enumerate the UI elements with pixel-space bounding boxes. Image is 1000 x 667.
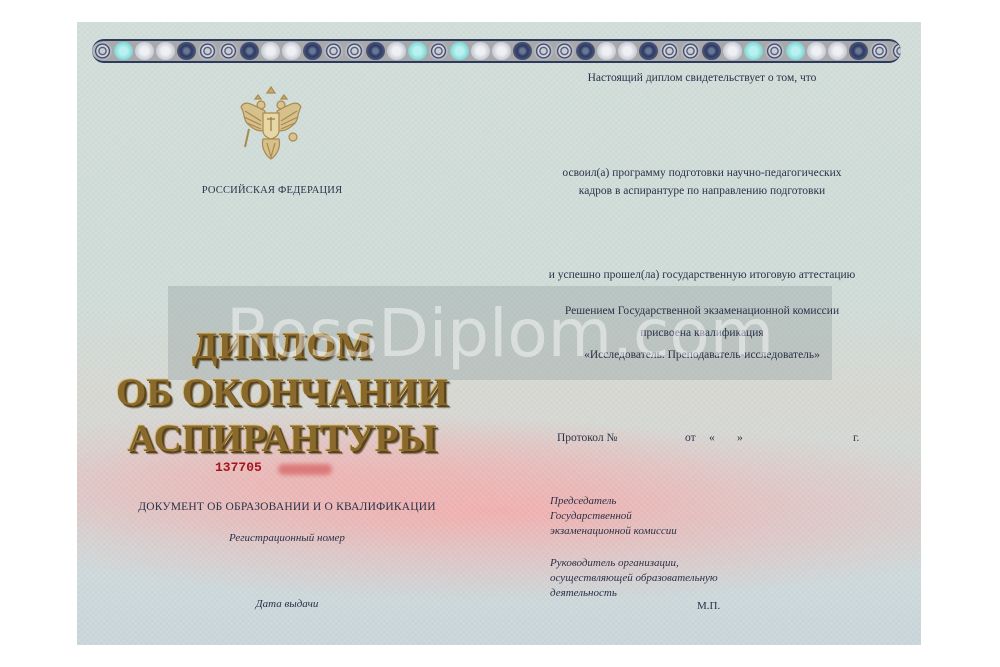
coat-of-arms-icon xyxy=(239,85,303,165)
seal-place: М.П. xyxy=(697,600,720,612)
ornament-cell xyxy=(723,42,742,60)
ornament-cell xyxy=(639,42,658,60)
ornament-cell xyxy=(408,42,427,60)
attestation-text: и успешно прошел(ла) государственную ито… xyxy=(517,269,887,281)
protocol-year-suffix: г. xyxy=(853,432,859,444)
diploma-document: Настоящий диплом свидетельствует о том, … xyxy=(77,22,921,645)
ornament-cell xyxy=(177,42,196,60)
head-line-1: Руководитель организации, xyxy=(550,556,718,571)
issue-date-label: Дата выдачи xyxy=(137,598,437,610)
ornament-cell xyxy=(198,42,217,60)
ornament-cell xyxy=(744,42,763,60)
ornament-cell xyxy=(450,42,469,60)
head-signature-block: Руководитель организации, осуществляющей… xyxy=(550,556,718,601)
ornament-cell xyxy=(114,42,133,60)
qualification: «Исследователь. Преподаватель-исследоват… xyxy=(517,344,887,366)
chairman-line-3: экзаменационной комиссии xyxy=(550,524,677,539)
program-text: освоил(а) программу подготовки научно-пе… xyxy=(537,164,867,200)
commission-decision: Решением Государственной экзаменационной… xyxy=(517,300,887,366)
protocol-from: от xyxy=(685,432,696,444)
ornament-cell xyxy=(555,42,574,60)
decision-line-2: присвоена квалификация xyxy=(517,322,887,344)
ornament-cell xyxy=(429,42,448,60)
ornament-cell xyxy=(240,42,259,60)
ornament-cell xyxy=(156,42,175,60)
program-line-1: освоил(а) программу подготовки научно-пе… xyxy=(537,164,867,182)
country-name: РОССИЙСКАЯ ФЕДЕРАЦИЯ xyxy=(177,185,367,196)
intro-text: Настоящий диплом свидетельствует о том, … xyxy=(537,72,867,84)
protocol-line: Протокол № от « » г. xyxy=(557,432,867,448)
head-line-2: осуществляющей образовательную xyxy=(550,571,718,586)
ornament-cell xyxy=(660,42,679,60)
chairman-line-2: Государственной xyxy=(550,509,677,524)
ornament-cell xyxy=(471,42,490,60)
ornament-cell xyxy=(93,42,112,60)
ornament-cell xyxy=(303,42,322,60)
ornament-cell xyxy=(681,42,700,60)
diploma-title: ДИПЛОМ ОБ ОКОНЧАНИИ АСПИРАНТУРЫ xyxy=(107,324,457,462)
protocol-label: Протокол № xyxy=(557,432,617,444)
decision-line-1: Решением Государственной экзаменационной… xyxy=(517,300,887,322)
ornament-cell xyxy=(786,42,805,60)
ornament-cell xyxy=(576,42,595,60)
ornament-cell xyxy=(849,42,868,60)
ornament-cell xyxy=(597,42,616,60)
ornament-cell xyxy=(828,42,847,60)
serial-number-redacted xyxy=(278,464,332,475)
protocol-quote-close: » xyxy=(737,432,743,444)
ornament-cell xyxy=(282,42,301,60)
ornament-cell xyxy=(534,42,553,60)
head-line-3: деятельность xyxy=(550,586,718,601)
chairman-line-1: Председатель xyxy=(550,494,677,509)
chairman-signature-block: Председатель Государственной экзаменацио… xyxy=(550,494,677,539)
serial-number: 137705 xyxy=(215,460,262,475)
registration-number-label: Регистрационный номер xyxy=(137,532,437,544)
ornament-cell xyxy=(870,42,889,60)
ornament-cell xyxy=(261,42,280,60)
ornament-band-icon xyxy=(92,39,901,63)
title-line-2: ОБ ОКОНЧАНИИ xyxy=(107,370,457,416)
ornament-cell xyxy=(702,42,721,60)
ornament-cell xyxy=(891,42,901,60)
ornament-cell xyxy=(513,42,532,60)
protocol-quote-open: « xyxy=(709,432,715,444)
document-type: ДОКУМЕНТ ОБ ОБРАЗОВАНИИ И О КВАЛИФИКАЦИИ xyxy=(117,501,457,513)
program-line-2: кадров в аспирантуре по направлению подг… xyxy=(537,182,867,200)
ornament-cell xyxy=(492,42,511,60)
ornament-cell xyxy=(345,42,364,60)
ornament-cell xyxy=(135,42,154,60)
ornament-cell xyxy=(324,42,343,60)
title-line-3: АСПИРАНТУРЫ xyxy=(107,416,457,462)
ornament-cell xyxy=(366,42,385,60)
ornament-cell xyxy=(765,42,784,60)
title-line-1: ДИПЛОМ xyxy=(107,324,457,370)
ornament-cell xyxy=(618,42,637,60)
ornament-cell xyxy=(807,42,826,60)
ornament-cell xyxy=(387,42,406,60)
ornament-cell xyxy=(219,42,238,60)
